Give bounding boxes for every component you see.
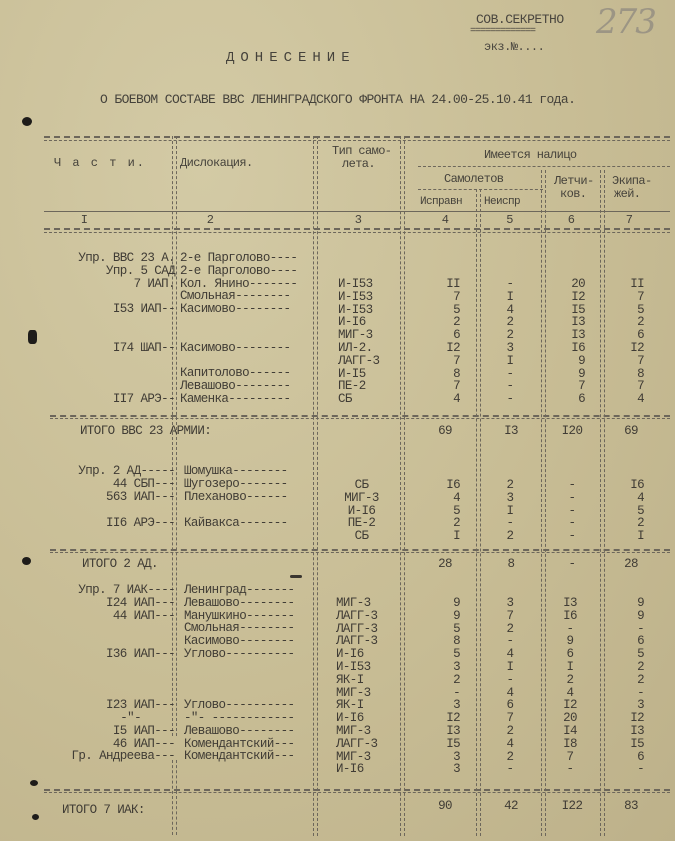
serviceable-cell: II bbox=[420, 278, 460, 291]
crews-cell: 7 bbox=[608, 291, 644, 304]
ink-mark bbox=[290, 575, 302, 578]
section-3-divider-2 bbox=[44, 792, 670, 793]
total-serviceable: 90 bbox=[420, 800, 470, 813]
section-1-divider bbox=[50, 415, 670, 417]
serviceable-cell: 7 bbox=[420, 291, 460, 304]
header-pilots-line1: Летчи- bbox=[554, 174, 594, 188]
crews-cell: I bbox=[608, 530, 644, 543]
locations-column: Ленинград------- Левашово-------- Манушк… bbox=[184, 584, 319, 763]
table-top-border-2 bbox=[44, 140, 670, 141]
pilots-cell: - bbox=[552, 530, 592, 543]
unserviceable-cell: I bbox=[490, 355, 530, 368]
total-crews: 83 bbox=[606, 800, 656, 813]
col-divider-units-lower bbox=[172, 760, 177, 835]
column-number-5: 5 bbox=[482, 213, 537, 227]
section-2-divider-2 bbox=[50, 552, 670, 553]
header-bottom-border bbox=[44, 228, 670, 230]
type-cell: СБ bbox=[334, 530, 389, 543]
location-cell: Каменка--------- bbox=[180, 393, 315, 406]
unit-cell: Упр. ВВС 23 А. bbox=[20, 252, 175, 265]
unserviceable-cell: 4 bbox=[490, 738, 530, 751]
unit-cell: I74 ШАП-- bbox=[20, 342, 175, 355]
serviceable-cell: 3 bbox=[420, 661, 460, 674]
header-aircraft: Самолетов bbox=[444, 172, 503, 186]
type-cell: СБ bbox=[334, 479, 389, 492]
unit-cell: -"- bbox=[20, 712, 175, 725]
total-serviceable: 28 bbox=[420, 558, 470, 571]
location-cell: Левашово-------- bbox=[180, 380, 315, 393]
serviceable-column: 9 9 5 8 5 3 2 - 3 I2 I3 I5 3 3 bbox=[420, 597, 460, 776]
serviceable-cell: I6 bbox=[420, 479, 460, 492]
units-column: Упр. ВВС 23 А. Упр. 5 САД 7 ИАП. I53 ИАП… bbox=[20, 252, 175, 406]
pilots-cell: I8 bbox=[550, 738, 590, 751]
crews-cell: 9 bbox=[608, 610, 644, 623]
header-pilots-line2: ков. bbox=[560, 187, 586, 201]
unserviceable-cell: 2 bbox=[490, 725, 530, 738]
unserviceable-cell: 2 bbox=[490, 530, 530, 543]
total-crews: 69 bbox=[606, 425, 656, 438]
unserviceable-column: 3 7 2 - 4 I - 4 6 7 2 4 2 - bbox=[490, 597, 530, 776]
location-cell: Левашово-------- bbox=[184, 597, 319, 610]
classification-stamp: СОВ.СЕКРЕТНО bbox=[476, 12, 564, 27]
column-number-1: I bbox=[54, 213, 114, 227]
header-crews-line1: Экипа- bbox=[612, 174, 652, 188]
column-number-3: 3 bbox=[328, 213, 388, 227]
pilots-cell: - bbox=[550, 763, 590, 776]
total-label: ИТОГО 2 АД. bbox=[82, 558, 158, 571]
document-title: ДОНЕСЕНИЕ bbox=[226, 50, 356, 66]
type-cell: И-I6 bbox=[336, 763, 398, 776]
type-cell: ИЛ-2. bbox=[338, 342, 398, 355]
column-number-2: 2 bbox=[180, 213, 240, 227]
col-divider-pilots bbox=[600, 170, 605, 836]
serviceable-cell: 9 bbox=[420, 597, 460, 610]
header-bottom-border-2 bbox=[44, 232, 670, 233]
types-column: СБ МИГ-3 И-I6 ПЕ-2 СБ bbox=[334, 479, 389, 543]
total-crews: 28 bbox=[606, 558, 656, 571]
unserviceable-cell: - bbox=[490, 278, 530, 291]
crews-cell: I6 bbox=[608, 479, 644, 492]
table-top-border bbox=[44, 136, 670, 138]
serviceable-cell: 4 bbox=[420, 393, 460, 406]
unit-cell: 44 ИАП--- bbox=[20, 610, 175, 623]
locations-column: Шомушка-------- Шугозеро------- Плеханов… bbox=[184, 465, 319, 530]
col-divider-serviceable bbox=[476, 189, 481, 836]
total-pilots: I20 bbox=[546, 425, 598, 438]
section-3-divider bbox=[44, 789, 670, 791]
location-cell: Кайвакса------- bbox=[184, 517, 319, 530]
crews-cell: - bbox=[608, 763, 644, 776]
column-number-7: 7 bbox=[604, 213, 654, 227]
header-serviceable: Исправн bbox=[420, 196, 462, 208]
pilots-cell: I2 bbox=[548, 291, 585, 304]
type-cell: И-I53 bbox=[338, 291, 398, 304]
unit-cell: Гр. Андреева--- bbox=[20, 750, 175, 763]
unit-cell: II7 АРЭ-- bbox=[20, 393, 175, 406]
serviceable-cell: I5 bbox=[420, 738, 460, 751]
unit-cell: I5 ИАП--- bbox=[20, 725, 175, 738]
pilots-cell: 2 bbox=[550, 674, 590, 687]
pilots-cell: - bbox=[552, 479, 592, 492]
header-crews-line2: жей. bbox=[614, 187, 640, 201]
location-cell: -"- ------------ bbox=[184, 712, 319, 725]
pilots-cell: - bbox=[552, 492, 592, 505]
total-pilots: I22 bbox=[546, 800, 598, 813]
type-cell: ЯК-I bbox=[336, 674, 398, 687]
location-cell: Плеханово------ bbox=[184, 491, 319, 504]
unserviceable-cell: 2 bbox=[490, 479, 530, 492]
unit-cell: 563 ИАП--- bbox=[20, 491, 175, 504]
location-cell: Шомушка-------- bbox=[184, 465, 319, 478]
unit-cell: I24 ИАП--- bbox=[20, 597, 175, 610]
serviceable-column: I6 4 5 2 I bbox=[420, 479, 460, 543]
header-location: Дислокация. bbox=[180, 156, 253, 170]
pilots-cell: I4 bbox=[550, 725, 590, 738]
units-column: Упр. 2 АД----- 44 СБП--- 563 ИАП--- II6 … bbox=[20, 465, 175, 530]
location-cell: Касимово-------- bbox=[180, 303, 315, 316]
serviceable-cell: 7 bbox=[420, 355, 460, 368]
types-column: И-I53 И-I53 И-I53 И-I6 МИГ-3 ИЛ-2. ЛАГГ-… bbox=[338, 278, 398, 406]
type-cell: ЛАГГ-3 bbox=[336, 738, 398, 751]
pilots-cell: I3 bbox=[550, 597, 590, 610]
unserviceable-column: - I 4 2 2 3 I - - - bbox=[490, 278, 530, 406]
section-2-divider bbox=[50, 549, 670, 551]
location-cell: 2-е Парголово---- bbox=[180, 265, 315, 278]
header-divider-numbers bbox=[44, 211, 670, 212]
type-cell: И-I53 bbox=[338, 278, 398, 291]
total-label: ИТОГО ВВС 23 АРМИИ: bbox=[80, 425, 211, 438]
crews-column: I6 4 5 2 I bbox=[608, 479, 644, 543]
total-pilots: - bbox=[546, 558, 598, 571]
total-serviceable: 69 bbox=[420, 425, 470, 438]
total-label: ИТОГО 7 ИАК: bbox=[62, 804, 145, 817]
ink-blot bbox=[30, 780, 38, 786]
crews-cell: I3 bbox=[608, 725, 644, 738]
serviceable-cell: 2 bbox=[420, 674, 460, 687]
pilots-cell: 6 bbox=[548, 393, 585, 406]
type-cell: СБ bbox=[338, 393, 398, 406]
unserviceable-cell: I bbox=[490, 661, 530, 674]
unserviceable-cell: - bbox=[490, 393, 530, 406]
column-number-6: 6 bbox=[546, 213, 596, 227]
pilots-cell: I6 bbox=[548, 342, 585, 355]
unit-cell: Упр. 7 ИАК---- bbox=[20, 584, 175, 597]
crews-cell: 2 bbox=[608, 674, 644, 687]
header-type-line1: Тип само- bbox=[332, 144, 391, 158]
crews-cell: I5 bbox=[608, 738, 644, 751]
total-unserviceable: 42 bbox=[486, 800, 536, 813]
crews-cell: II bbox=[608, 278, 644, 291]
type-cell: И-I53 bbox=[336, 661, 398, 674]
unit-cell: II6 АРЭ--- bbox=[20, 517, 175, 530]
locations-column: 2-е Парголово---- 2-е Парголово---- Кол.… bbox=[180, 252, 315, 406]
serviceable-column: II 7 5 2 6 I2 7 8 7 4 bbox=[420, 278, 460, 406]
pilots-cell: I6 bbox=[550, 610, 590, 623]
location-cell: 2-е Парголово---- bbox=[180, 252, 315, 265]
column-number-4: 4 bbox=[420, 213, 470, 227]
unserviceable-cell: 7 bbox=[490, 610, 530, 623]
unserviceable-cell: 3 bbox=[490, 342, 530, 355]
location-cell: Левашово-------- bbox=[184, 725, 319, 738]
serviceable-cell: I2 bbox=[420, 342, 460, 355]
classification-underline: ============= bbox=[470, 26, 535, 37]
unit-cell: I36 ИАП--- bbox=[20, 648, 175, 661]
col-divider-type bbox=[400, 136, 405, 836]
col-divider-unserviceable bbox=[541, 170, 546, 836]
location-cell: Комендантский--- bbox=[184, 750, 319, 763]
serviceable-cell: I3 bbox=[420, 725, 460, 738]
crews-cell: 9 bbox=[608, 597, 644, 610]
section-1-divider-2 bbox=[50, 418, 670, 419]
type-cell: МИГ-3 bbox=[334, 492, 389, 505]
total-unserviceable: 8 bbox=[486, 558, 536, 571]
serviceable-cell: I bbox=[420, 530, 460, 543]
header-available: Имеется налицо bbox=[484, 148, 576, 162]
location-cell: Касимово-------- bbox=[180, 342, 315, 355]
ink-blot bbox=[22, 117, 32, 126]
unserviceable-cell: 3 bbox=[490, 492, 530, 505]
header-unserviceable: Неиспр bbox=[484, 196, 520, 208]
location-cell: Ленинград------- bbox=[184, 584, 319, 597]
header-type-line2: лета. bbox=[342, 157, 375, 171]
type-cell: МИГ-3 bbox=[336, 597, 398, 610]
unserviceable-cell: - bbox=[490, 674, 530, 687]
copy-number: экз.№.... bbox=[484, 40, 544, 54]
pilots-column: - - - - - bbox=[552, 479, 592, 543]
crews-cell: 7 bbox=[608, 355, 644, 368]
unit-cell: Упр. 5 САД bbox=[20, 265, 175, 278]
location-cell: Углово---------- bbox=[184, 648, 319, 661]
header-units: Ч а с т и. bbox=[54, 156, 146, 170]
crews-cell: 2 bbox=[608, 661, 644, 674]
pilots-column: 20 I2 I5 I3 I3 I6 9 9 7 6 bbox=[548, 278, 585, 406]
pilots-cell: I bbox=[550, 661, 590, 674]
serviceable-cell: 3 bbox=[420, 763, 460, 776]
unserviceable-column: 2 3 I - 2 bbox=[490, 479, 530, 543]
unserviceable-cell: I bbox=[490, 291, 530, 304]
type-cell: ЛАГГ-3 bbox=[336, 610, 398, 623]
unit-cell: 44 СБП--- bbox=[20, 478, 175, 491]
unit-cell: I23 ИАП--- bbox=[20, 699, 175, 712]
ink-blot bbox=[32, 814, 39, 820]
unit-cell: Упр. 2 АД----- bbox=[20, 465, 175, 478]
crews-cell: I2 bbox=[608, 342, 644, 355]
document-subtitle: О БОЕВОМ СОСТАВЕ ВВС ЛЕНИНГРАДСКОГО ФРОН… bbox=[100, 92, 575, 107]
serviceable-cell: 9 bbox=[420, 610, 460, 623]
crews-column: 9 9 - 6 5 2 2 - 3 I2 I3 I5 6 - bbox=[608, 597, 644, 776]
unit-cell: 7 ИАП. bbox=[20, 278, 175, 291]
unserviceable-cell: 3 bbox=[490, 597, 530, 610]
pilots-cell: 9 bbox=[548, 355, 585, 368]
units-column: Упр. 7 ИАК---- I24 ИАП--- 44 ИАП--- I36 … bbox=[20, 584, 175, 763]
type-cell: МИГ-3 bbox=[336, 725, 398, 738]
pilots-cell: 20 bbox=[548, 278, 585, 291]
header-divider-available bbox=[418, 166, 670, 167]
pilots-column: I3 I6 - 9 6 I 2 4 I2 20 I4 I8 7 - bbox=[550, 597, 590, 776]
crews-cell: 4 bbox=[608, 492, 644, 505]
crews-cell: 4 bbox=[608, 393, 644, 406]
unit-cell: I53 ИАП-- bbox=[20, 303, 175, 316]
unserviceable-cell: - bbox=[490, 763, 530, 776]
crews-column: II 7 5 2 6 I2 7 8 7 4 bbox=[608, 278, 644, 406]
handwritten-page-number: 273 bbox=[596, 2, 655, 42]
type-cell: ЛАГГ-3 bbox=[338, 355, 398, 368]
location-cell: Шугозеро------- bbox=[184, 478, 319, 491]
types-column: МИГ-3 ЛАГГ-3 ЛАГГ-3 ЛАГГ-3 И-I6 И-I53 ЯК… bbox=[336, 597, 398, 776]
serviceable-cell: 4 bbox=[420, 492, 460, 505]
ink-blot bbox=[22, 557, 31, 565]
total-unserviceable: I3 bbox=[486, 425, 536, 438]
